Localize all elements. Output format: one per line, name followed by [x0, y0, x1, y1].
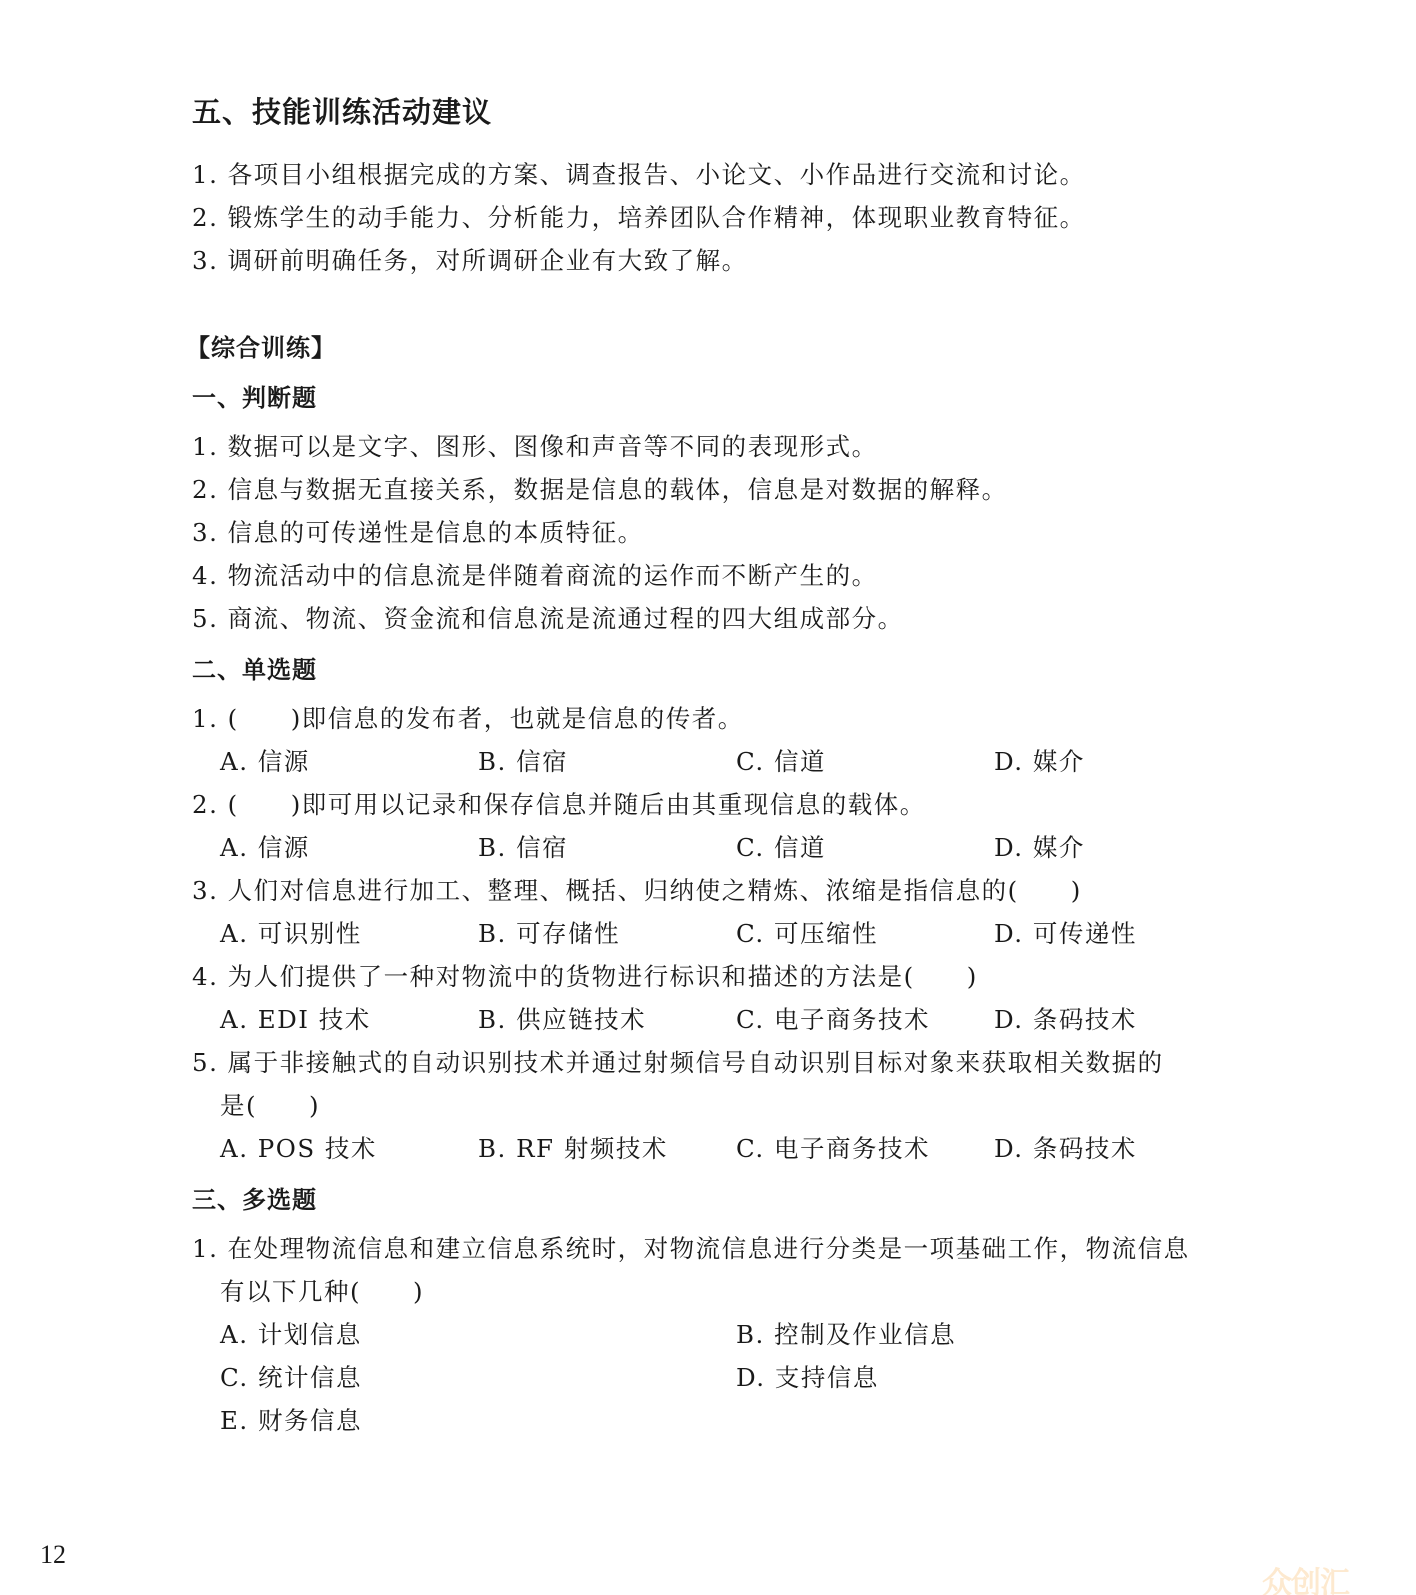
option-b: B. 控制及作业信息: [736, 1316, 956, 1351]
option-a: A. 计划信息: [220, 1316, 362, 1351]
option-d: D. 媒介: [994, 829, 1085, 864]
option-c: C. 可压缩性: [736, 915, 878, 950]
option-b: B. 可存储性: [478, 915, 620, 950]
option-c: C. 信道: [736, 743, 826, 778]
single-choice-section-title: 二、单选题: [192, 650, 317, 685]
option-d: D. 媒介: [994, 743, 1085, 778]
document-page: 五、技能训练活动建议 1. 各项目小组根据完成的方案、调查报告、小论文、小作品进…: [0, 0, 1416, 1595]
suggestion-item: 1. 各项目小组根据完成的方案、调查报告、小论文、小作品进行交流和讨论。: [192, 156, 1086, 191]
judgement-section-title: 一、判断题: [192, 378, 317, 413]
suggestion-item: 3. 调研前明确任务，对所调研企业有大致了解。: [192, 242, 748, 277]
multi-choice-question-continued: 有以下几种( ): [220, 1273, 424, 1308]
option-d: D. 支持信息: [736, 1359, 879, 1394]
comprehensive-training-title: 【综合训练】: [186, 328, 336, 363]
single-choice-question: 4. 为人们提供了一种对物流中的货物进行标识和描述的方法是( ): [192, 958, 978, 993]
single-choice-question: 3. 人们对信息进行加工、整理、概括、归纳使之精炼、浓缩是指信息的( ): [192, 872, 1082, 907]
option-b: B. RF 射频技术: [478, 1130, 668, 1165]
single-choice-question-continued: 是( ): [220, 1087, 320, 1122]
judgement-question: 2. 信息与数据无直接关系，数据是信息的载体，信息是对数据的解释。: [192, 471, 1008, 506]
suggestion-item: 2. 锻炼学生的动手能力、分析能力，培养团队合作精神，体现职业教育特征。: [192, 199, 1086, 234]
option-b: B. 信宿: [478, 743, 568, 778]
judgement-question: 4. 物流活动中的信息流是伴随着商流的运作而不断产生的。: [192, 557, 878, 592]
option-a: A. 信源: [220, 829, 310, 864]
option-b: B. 信宿: [478, 829, 568, 864]
page-number: 12: [40, 1540, 66, 1570]
judgement-question: 3. 信息的可传递性是信息的本质特征。: [192, 514, 644, 549]
option-c: C. 电子商务技术: [736, 1130, 930, 1165]
section-title-skills-training: 五、技能训练活动建议: [192, 90, 492, 131]
option-d: D. 条码技术: [994, 1130, 1137, 1165]
option-d: D. 可传递性: [994, 915, 1137, 950]
option-c: C. 统计信息: [220, 1359, 362, 1394]
option-c: C. 信道: [736, 829, 826, 864]
watermark-logo: 众创汇: [1262, 1558, 1349, 1595]
single-choice-question: 5. 属于非接触式的自动识别技术并通过射频信号自动识别目标对象来获取相关数据的: [192, 1044, 1164, 1079]
option-e: E. 财务信息: [220, 1402, 362, 1437]
single-choice-question: 2. ( )即可用以记录和保存信息并随后由其重现信息的载体。: [192, 786, 926, 821]
multi-choice-question: 1. 在处理物流信息和建立信息系统时，对物流信息进行分类是一项基础工作，物流信息: [192, 1230, 1190, 1265]
option-a: A. 可识别性: [220, 915, 362, 950]
judgement-question: 1. 数据可以是文字、图形、图像和声音等不同的表现形式。: [192, 428, 878, 463]
option-d: D. 条码技术: [994, 1001, 1137, 1036]
judgement-question: 5. 商流、物流、资金流和信息流是流通过程的四大组成部分。: [192, 600, 904, 635]
option-a: A. EDI 技术: [220, 1001, 371, 1036]
option-b: B. 供应链技术: [478, 1001, 646, 1036]
single-choice-question: 1. ( )即信息的发布者，也就是信息的传者。: [192, 700, 744, 735]
option-a: A. POS 技术: [220, 1130, 377, 1165]
option-a: A. 信源: [220, 743, 310, 778]
option-c: C. 电子商务技术: [736, 1001, 930, 1036]
multi-choice-section-title: 三、多选题: [192, 1180, 317, 1215]
